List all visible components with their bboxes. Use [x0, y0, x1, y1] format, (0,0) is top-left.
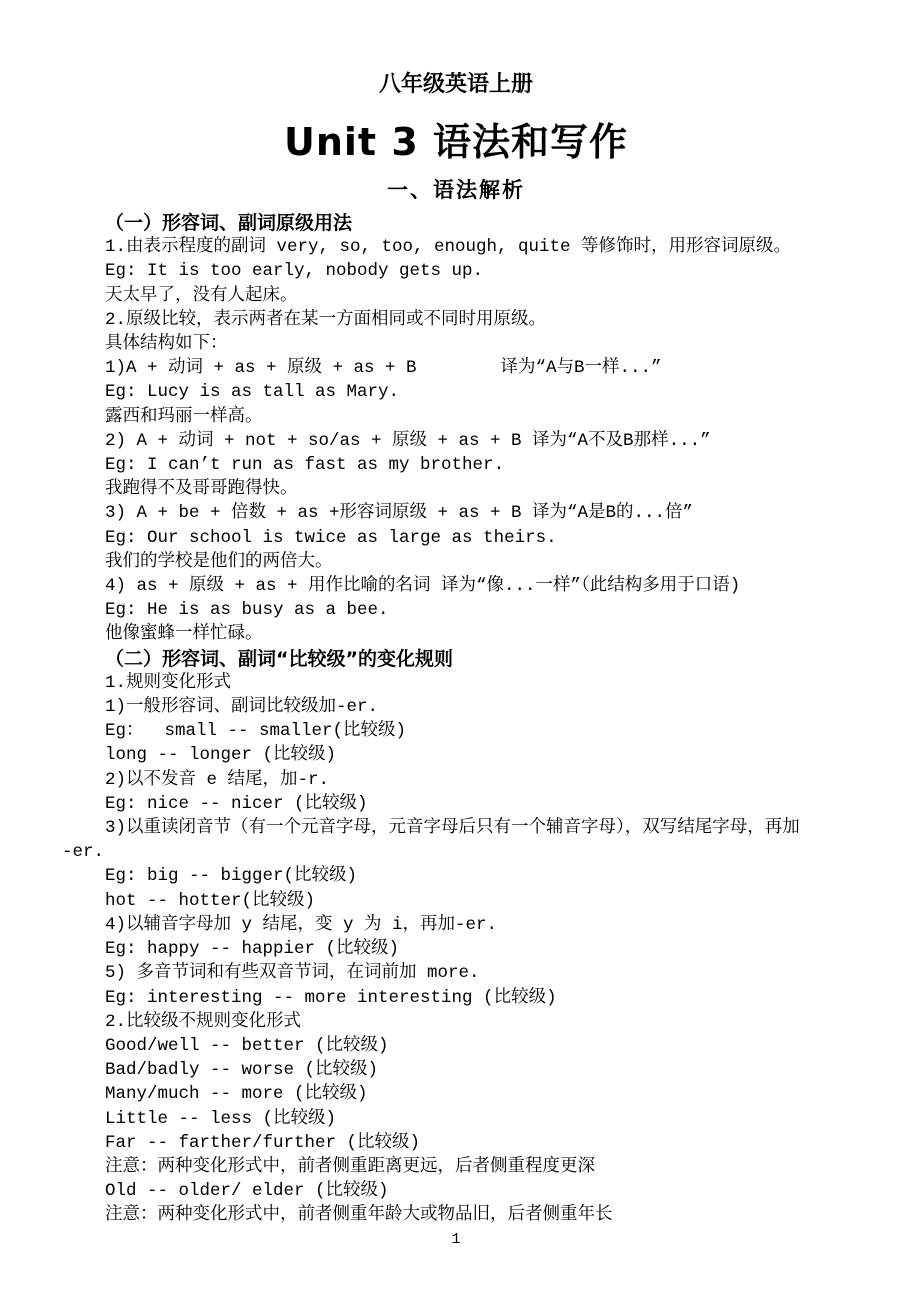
text-line: Eg: interesting -- more interesting (比较级… — [62, 986, 850, 1010]
text-line: 3)以重读闭音节（有一个元音字母，元音字母后只有一个辅音字母），双写结尾字母，再… — [62, 816, 850, 840]
text-line: Little -- less (比较级) — [62, 1107, 850, 1131]
text-line: 1.由表示程度的副词 very, so, too, enough, quite … — [62, 235, 850, 259]
text-line: 注意：两种变化形式中，前者侧重距离更远，后者侧重程度更深 — [62, 1155, 850, 1179]
text-line: Eg: Lucy is as tall as Mary. — [62, 380, 850, 404]
text-line: 我跑得不及哥哥跑得快。 — [62, 477, 850, 501]
text-line: （二）形容词、副词“比较级”的变化规则 — [62, 647, 850, 671]
text-line: Bad/badly -- worse (比较级) — [62, 1058, 850, 1082]
text-line: Eg: big -- bigger(比较级) — [62, 864, 850, 888]
text-line: Eg: Our school is twice as large as thei… — [62, 526, 850, 550]
page-number: 1 — [451, 1231, 460, 1248]
text-line: 3) A + be + 倍数 + as +形容词原级 + as + B 译为“A… — [62, 501, 850, 525]
section-title: 一、语法解析 — [62, 177, 850, 203]
document-header: 八年级英语上册 Unit 3 语法和写作 一、语法解析 — [62, 72, 850, 203]
document-body: （一）形容词、副词原级用法1.由表示程度的副词 very, so, too, e… — [62, 211, 850, 1228]
text-line: Eg: I can’t run as fast as my brother. — [62, 453, 850, 477]
text-line: 2.原级比较，表示两者在某一方面相同或不同时用原级。 — [62, 308, 850, 332]
text-line: 5) 多音节词和有些双音节词，在词前加 more. — [62, 961, 850, 985]
text-line: Eg: He is as busy as a bee. — [62, 598, 850, 622]
text-line: 具体结构如下： — [62, 332, 850, 356]
text-line: long -- longer (比较级) — [62, 743, 850, 767]
text-line: Eg： small -- smaller(比较级) — [62, 719, 850, 743]
text-line: 我们的学校是他们的两倍大。 — [62, 550, 850, 574]
text-line: 4)以辅音字母加 y 结尾，变 y 为 i，再加-er. — [62, 913, 850, 937]
text-line: Eg: It is too early, nobody gets up. — [62, 259, 850, 283]
text-line: Good/well -- better (比较级) — [62, 1034, 850, 1058]
unit-title: Unit 3 语法和写作 — [62, 121, 850, 163]
text-line: 注意：两种变化形式中，前者侧重年龄大或物品旧，后者侧重年长 — [62, 1203, 850, 1227]
text-line: 4) as + 原级 + as + 用作比喻的名词 译为“像...一样”（此结构… — [62, 574, 850, 598]
text-line: 天太早了，没有人起床。 — [62, 284, 850, 308]
text-line: Many/much -- more (比较级) — [62, 1082, 850, 1106]
text-line: 2)以不发音 e 结尾，加-r. — [62, 768, 850, 792]
text-line: Eg: happy -- happier (比较级) — [62, 937, 850, 961]
text-line: Old -- older/ elder (比较级) — [62, 1179, 850, 1203]
text-line: （一）形容词、副词原级用法 — [62, 211, 850, 235]
text-line: Far -- farther/further (比较级) — [62, 1131, 850, 1155]
text-line: 1)A + 动词 + as + 原级 + as + B 译为“A与B一样...” — [62, 356, 850, 380]
text-line: 1.规则变化形式 — [62, 671, 850, 695]
text-line: 1)一般形容词、副词比较级加-er. — [62, 695, 850, 719]
text-line: 2) A + 动词 + not + so/as + 原级 + as + B 译为… — [62, 429, 850, 453]
text-line: 露西和玛丽一样高。 — [62, 405, 850, 429]
text-line: 他像蜜蜂一样忙碌。 — [62, 622, 850, 646]
booklet-title: 八年级英语上册 — [62, 72, 850, 98]
text-line: hot -- hotter(比较级) — [62, 889, 850, 913]
text-line: -er. — [62, 840, 850, 864]
text-line: 2.比较级不规则变化形式 — [62, 1010, 850, 1034]
text-line: Eg: nice -- nicer (比较级) — [62, 792, 850, 816]
page-footer: 1 — [62, 1231, 850, 1249]
document-page: 八年级英语上册 Unit 3 语法和写作 一、语法解析 （一）形容词、副词原级用… — [0, 0, 920, 1302]
